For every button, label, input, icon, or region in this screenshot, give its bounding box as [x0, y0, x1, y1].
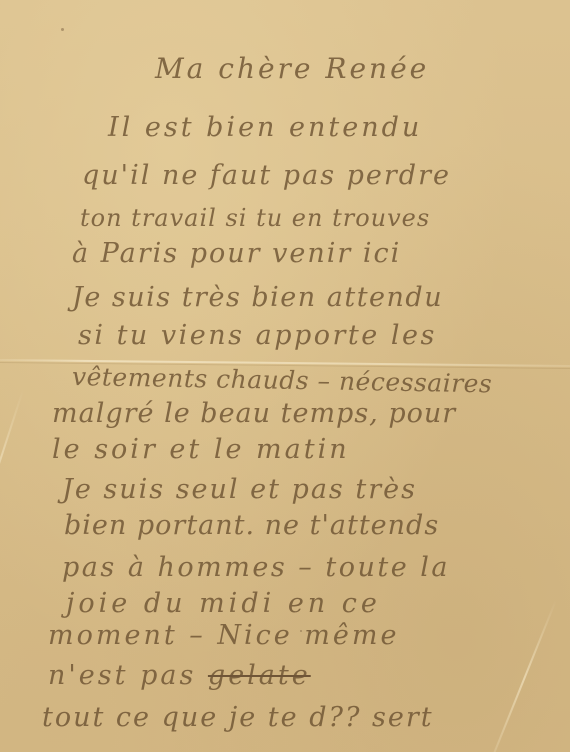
- letter-line-14: moment – Nice même: [48, 620, 399, 651]
- letter-line-6: si tu viens apporte les: [78, 320, 437, 351]
- letter-line-4: à Paris pour venir ici: [72, 238, 401, 269]
- letter-line-8: malgré le beau temps, pour: [52, 398, 456, 429]
- letter-line-1: Il est bien entendu: [108, 112, 422, 143]
- letter-line-3: ton travail si tu en trouves: [80, 204, 430, 232]
- left-crease: [0, 390, 24, 524]
- letter-line-12: pas à hommes – toute la: [62, 552, 450, 583]
- letter-line-16: tout ce que je te d?? sert: [42, 702, 434, 733]
- paper-speck: [61, 28, 64, 31]
- letter-line-7: vêtements chauds – nécessaires: [72, 362, 493, 398]
- salutation: Ma chère Renée: [155, 52, 429, 85]
- letter-line-15: n'est pas gelate: [48, 660, 311, 691]
- letter-line-10: Je suis seul et pas très: [62, 474, 417, 505]
- letter-line-11: bien portant. ne t'attends: [64, 510, 439, 541]
- letter-line-5: Je suis très bien attendu: [72, 282, 443, 313]
- letter-line-9: le soir et le matin: [52, 434, 350, 465]
- letter-page: Ma chère Renée Il est bien entendu qu'il…: [0, 0, 570, 752]
- right-crease: [491, 600, 557, 752]
- line-15-text: n'est pas gelate: [48, 660, 311, 691]
- struck-word: gelate: [208, 660, 311, 691]
- letter-line-13: joie du midi en ce: [66, 588, 381, 619]
- letter-line-2: qu'il ne faut pas perdre: [82, 160, 451, 191]
